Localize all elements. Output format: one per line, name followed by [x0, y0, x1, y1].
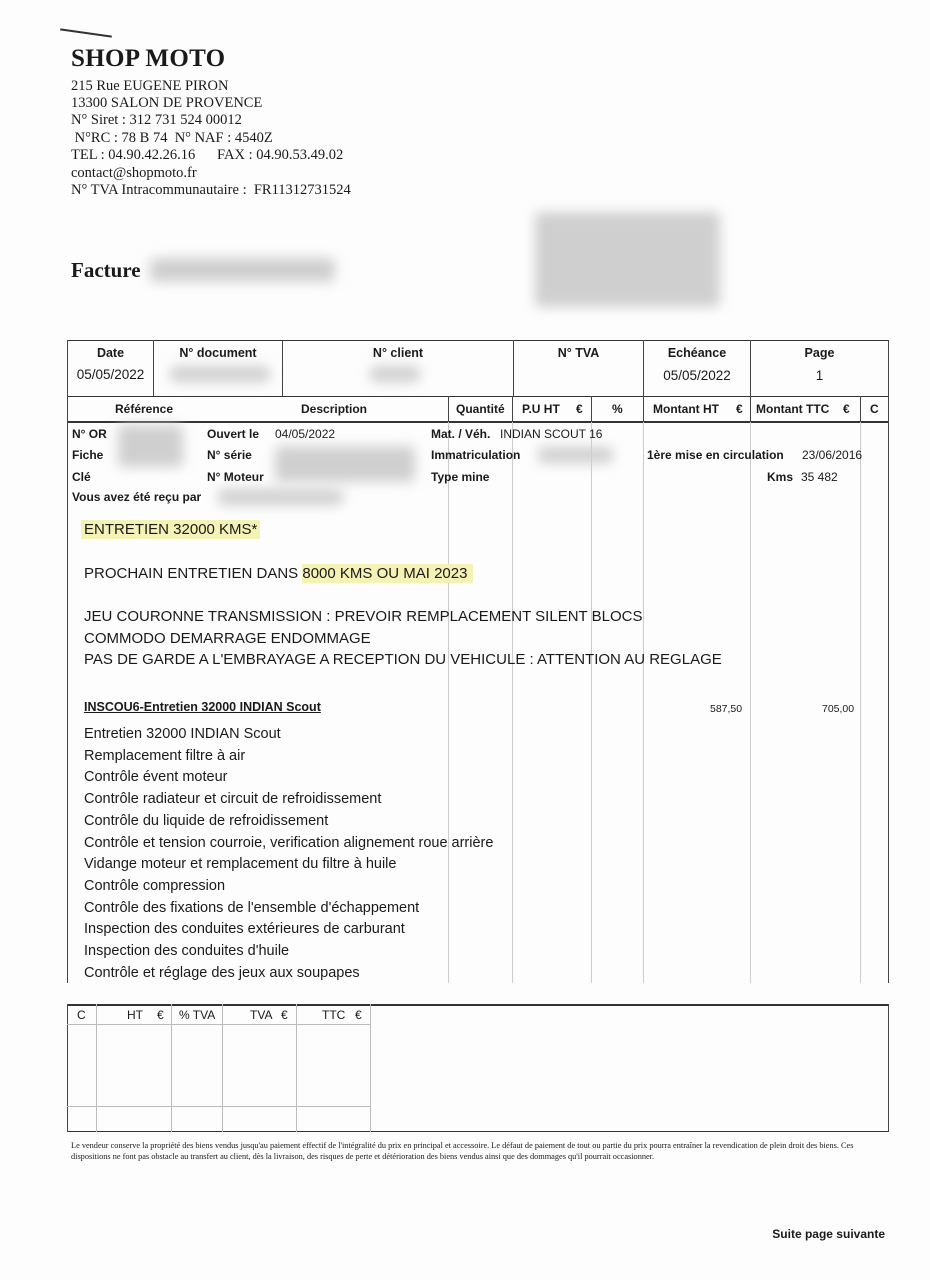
column-divider: [750, 396, 751, 983]
table-border: [888, 340, 889, 983]
tva-number-label: N° TVA: [514, 346, 643, 360]
document-title: Facture: [71, 258, 141, 283]
legal-notice: Le vendeur conserve la propriété des bie…: [71, 1140, 886, 1162]
col-amount-ttc-currency: €: [843, 402, 850, 416]
redacted-customer-address: [535, 212, 720, 307]
remark-transmission: JEU COURONNE TRANSMISSION : PREVOIR REMP…: [84, 608, 642, 625]
remark-clutch: PAS DE GARDE A L'EMBRAYAGE A RECEPTION D…: [84, 651, 722, 668]
redacted-invoice-number: [150, 258, 335, 282]
next-service-prefix: PROCHAIN ENTRETIEN DANS: [84, 565, 302, 582]
divider: [67, 1106, 370, 1107]
shop-rc-naf: N°RC : 78 B 74 N° NAF : 4540Z: [71, 130, 273, 148]
col-amount-ht: Montant HT: [653, 402, 719, 416]
date-value: 05/05/2022: [68, 367, 153, 382]
task-item: Contrôle compression: [84, 878, 225, 894]
key-label: Clé: [72, 470, 91, 484]
task-item: Inspection des conduites extérieures de …: [84, 921, 405, 937]
totals-col-tva: TVA: [250, 1008, 272, 1022]
redacted-client-number: [370, 366, 420, 382]
totals-border: [67, 1131, 889, 1132]
registration-label: Immatriculation: [431, 448, 520, 462]
shop-tel-fax: TEL : 04.90.42.26.16 FAX : 04.90.53.49.0…: [71, 147, 343, 165]
shop-email: contact@shopmoto.fr: [71, 165, 197, 183]
col-percent: %: [612, 402, 623, 416]
totals-col-ht-currency: €: [157, 1008, 164, 1022]
first-registration-value: 23/06/2016: [802, 448, 862, 462]
kms-value: 35 482: [801, 470, 838, 484]
vehicle-value: INDIAN SCOUT 16: [500, 427, 602, 441]
divider: [96, 1004, 97, 1132]
col-unit-price-currency: €: [576, 402, 583, 416]
totals-border: [888, 1004, 889, 1132]
totals-col-code: C: [77, 1008, 86, 1022]
vehicle-label: Mat. / Véh.: [431, 427, 490, 441]
col-amount-ttc: Montant TTC: [756, 402, 829, 416]
page-label: Page: [751, 346, 888, 360]
column-divider: [512, 396, 513, 422]
divider: [296, 1004, 297, 1132]
line-item-title: INSCOU6-Entretien 32000 INDIAN Scout: [84, 700, 321, 714]
table-border: [67, 396, 889, 397]
pen-mark: [60, 28, 112, 37]
page-value: 1: [751, 368, 888, 383]
or-label: N° OR: [72, 427, 107, 441]
column-divider: [448, 396, 449, 983]
divider: [67, 1024, 370, 1025]
engine-number-label: N° Moteur: [207, 470, 264, 484]
column-divider: [448, 396, 449, 422]
table-border: [67, 421, 889, 423]
column-divider: [591, 396, 592, 983]
line-item-amount-ttc: 705,00: [822, 703, 854, 715]
due-date-label: Echéance: [644, 346, 750, 360]
redacted-serial-engine: [275, 446, 415, 482]
column-divider: [860, 396, 861, 983]
column-divider: [643, 396, 644, 422]
col-reference: Référence: [115, 402, 173, 416]
totals-col-tva-currency: €: [281, 1008, 288, 1022]
totals-col-tva-percent: % TVA: [179, 1008, 215, 1022]
col-amount-ht-currency: €: [736, 402, 743, 416]
remark-starter-switch: COMMODO DEMARRAGE ENDOMMAGE: [84, 630, 371, 647]
column-divider: [643, 396, 644, 983]
col-unit-price: P.U HT: [522, 402, 560, 416]
task-item: Inspection des conduites d'huile: [84, 943, 289, 959]
task-item: Remplacement filtre à air: [84, 748, 245, 764]
continued-note: Suite page suivante: [772, 1227, 885, 1241]
totals-col-ttc: TTC: [322, 1008, 345, 1022]
col-description: Description: [301, 402, 367, 416]
service-note: ENTRETIEN 32000 KMS*: [81, 520, 260, 539]
task-item: Contrôle et tension courroie, verificati…: [84, 835, 493, 851]
col-code: C: [870, 402, 879, 416]
column-divider: [750, 396, 751, 422]
table-border: [67, 340, 889, 341]
type-mine-label: Type mine: [431, 470, 489, 484]
redacted-received-by: [218, 489, 343, 505]
totals-border: [67, 1004, 889, 1006]
serial-label: N° série: [207, 448, 252, 462]
due-date-value: 05/05/2022: [644, 368, 750, 383]
totals-col-ht: HT: [127, 1008, 143, 1022]
received-by-label: Vous avez été reçu par: [72, 490, 201, 504]
divider: [171, 1004, 172, 1132]
divider: [370, 1004, 371, 1132]
column-divider: [591, 396, 592, 422]
shop-siret: N° Siret : 312 731 524 00012: [71, 112, 242, 130]
redacted-registration: [538, 447, 613, 463]
divider: [222, 1004, 223, 1132]
totals-col-ttc-currency: €: [355, 1008, 362, 1022]
kms-label: Kms: [767, 470, 793, 484]
redacted-or-fiche: [118, 425, 183, 467]
shop-name: SHOP MOTO: [71, 45, 225, 73]
task-item: Contrôle du liquide de refroidissement: [84, 813, 328, 829]
redacted-doc-number: [170, 366, 270, 382]
task-item: Contrôle et réglage des jeux aux soupape…: [84, 965, 360, 981]
fiche-label: Fiche: [72, 448, 103, 462]
client-number-label: N° client: [283, 346, 513, 360]
line-item-amount-ht: 587,50: [710, 703, 742, 715]
task-item: Contrôle évent moteur: [84, 769, 227, 785]
opened-label: Ouvert le: [207, 427, 259, 441]
column-divider: [512, 396, 513, 983]
date-label: Date: [68, 346, 153, 360]
opened-value: 04/05/2022: [275, 427, 335, 441]
task-item: Contrôle radiateur et circuit de refroid…: [84, 791, 381, 807]
task-item: Contrôle des fixations de l'ensemble d'é…: [84, 900, 419, 916]
shop-address-line1: 215 Rue EUGENE PIRON: [71, 78, 228, 96]
table-border: [67, 340, 68, 983]
shop-address-line2: 13300 SALON DE PROVENCE: [71, 95, 262, 113]
col-quantity: Quantité: [456, 402, 505, 416]
first-registration-label: 1ère mise en circulation: [647, 448, 784, 462]
doc-number-label: N° document: [154, 346, 282, 360]
task-item: Entretien 32000 INDIAN Scout: [84, 726, 281, 742]
next-service-highlight: 8000 KMS OU MAI 2023: [302, 564, 473, 583]
task-item: Vidange moteur et remplacement du filtre…: [84, 856, 396, 872]
column-divider: [860, 396, 861, 422]
shop-tva-intra: N° TVA Intracommunautaire : FR1131273152…: [71, 182, 351, 200]
